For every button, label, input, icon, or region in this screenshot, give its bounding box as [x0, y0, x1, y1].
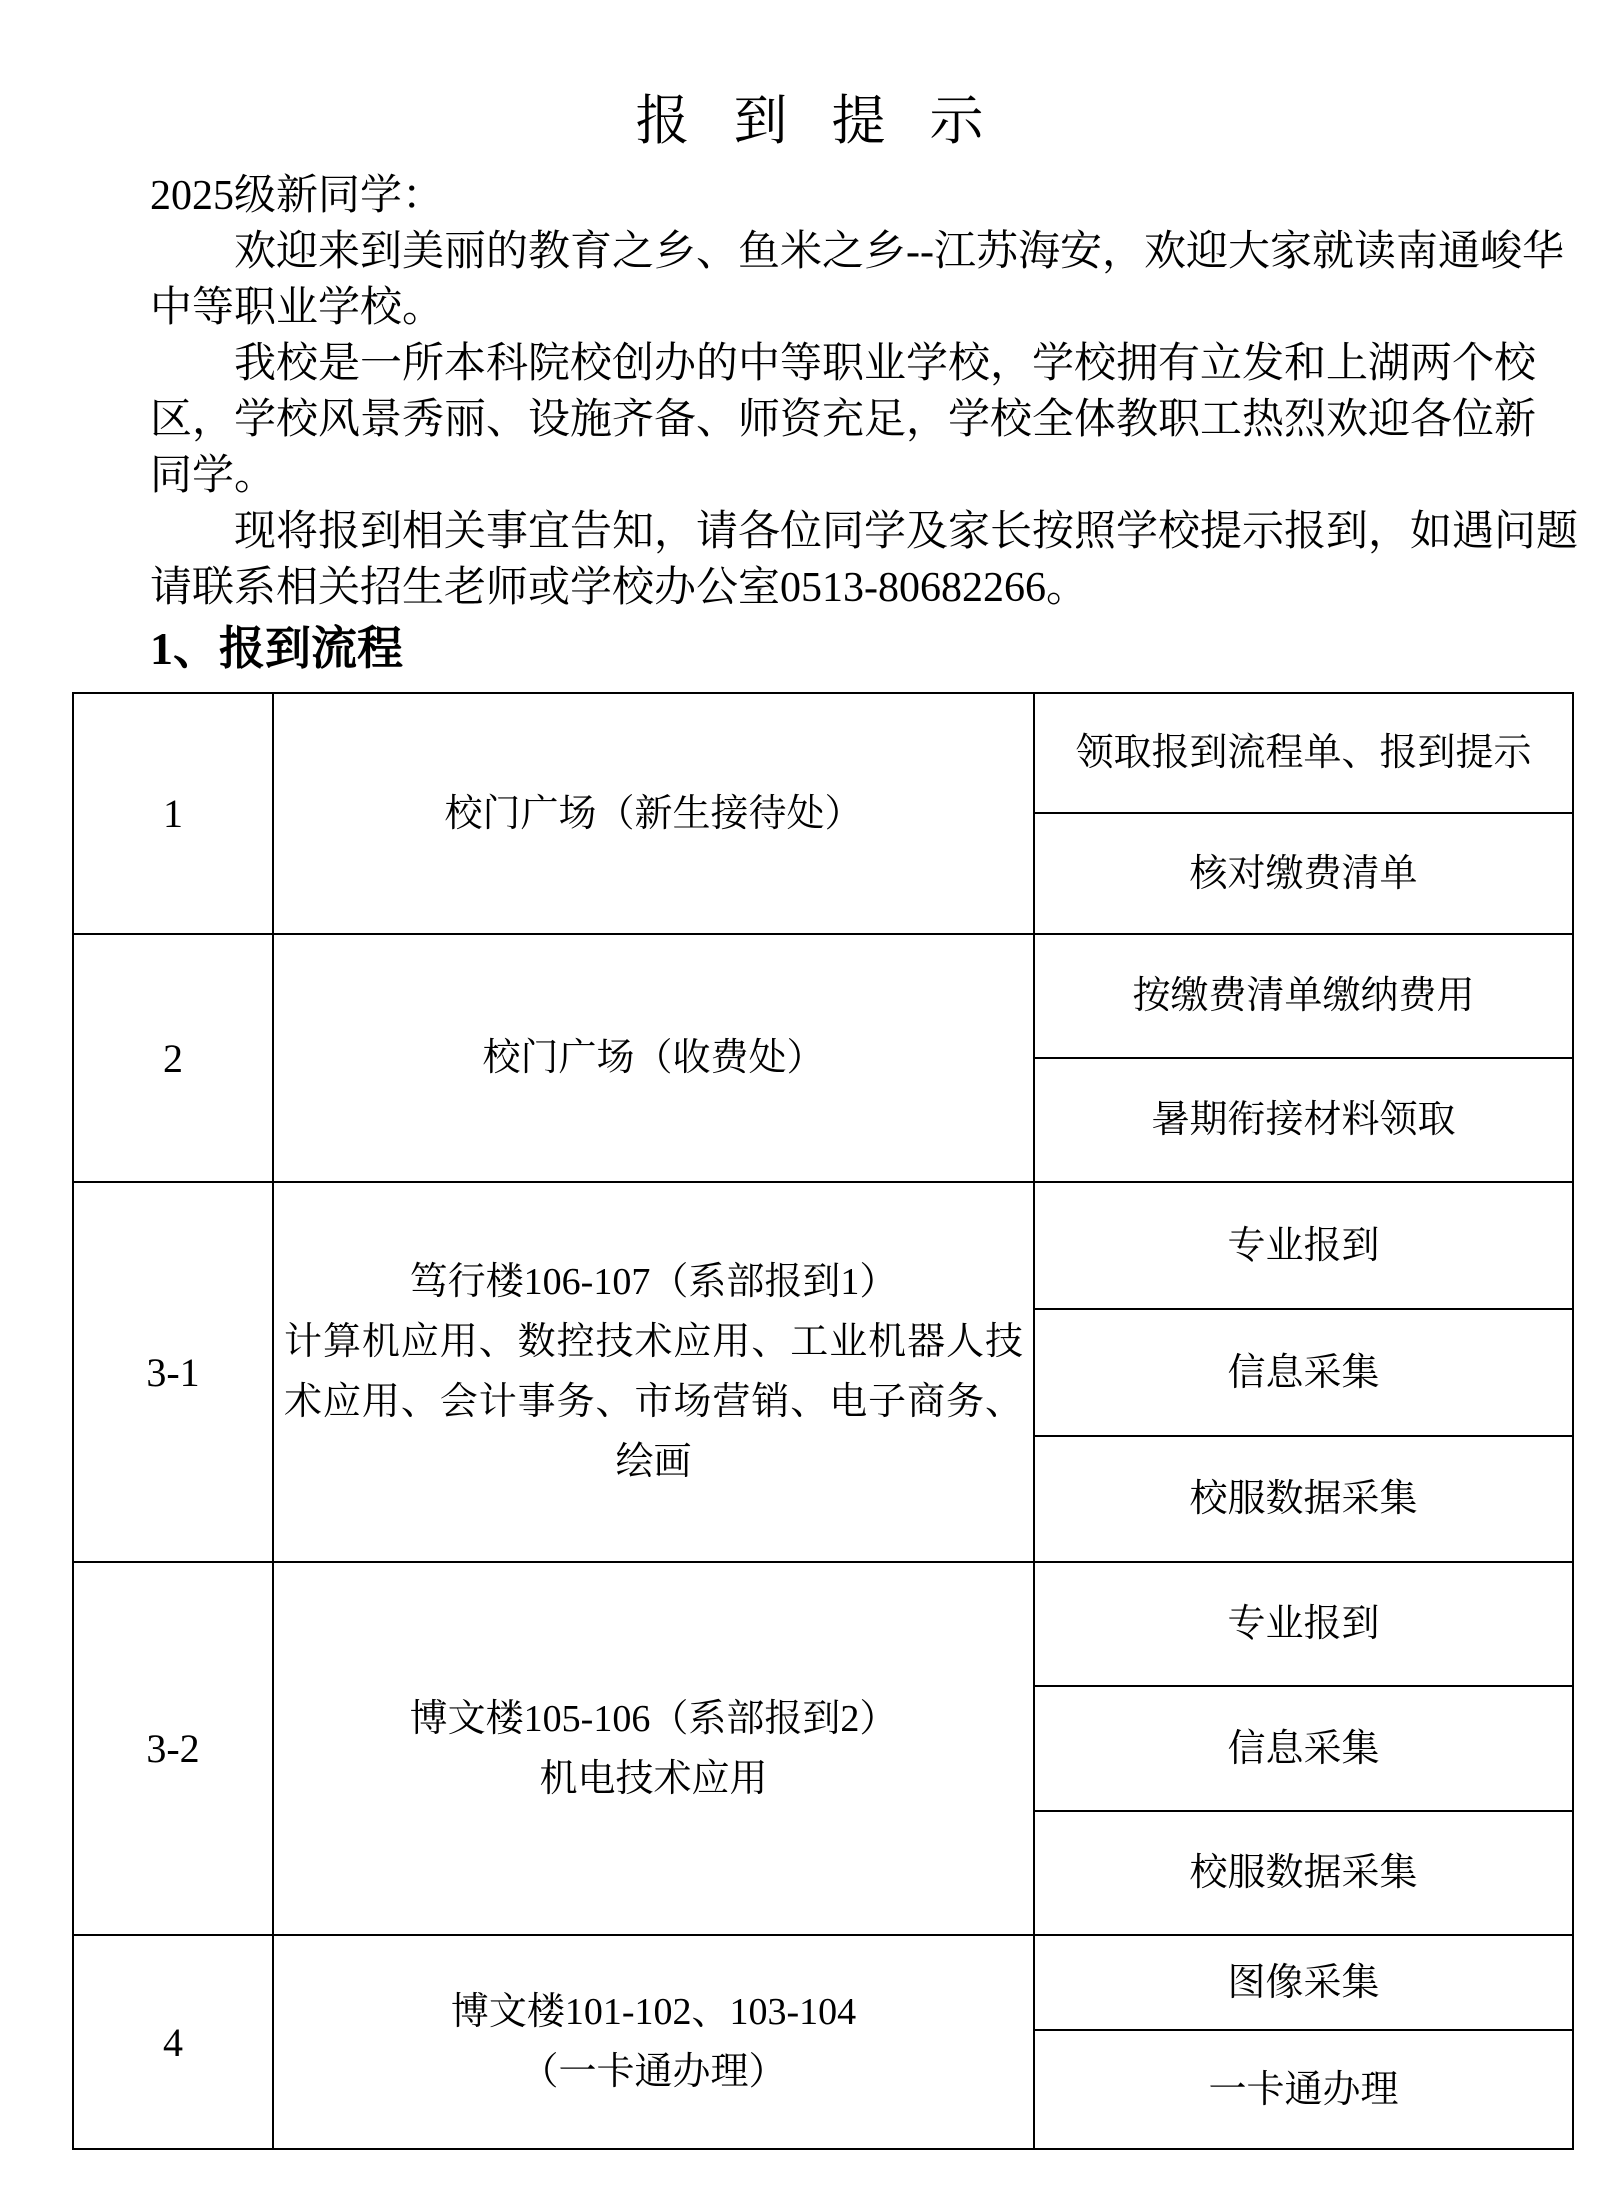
step-cell: 3-1 [73, 1182, 273, 1562]
task-cell: 专业报到 [1034, 1562, 1573, 1686]
location-line: 博文楼105-106（系部报到2） [284, 1689, 1023, 1749]
task-cell: 暑期衔接材料领取 [1034, 1058, 1573, 1182]
step-cell: 4 [73, 1935, 273, 2149]
section-heading: 1、报到流程 [150, 622, 1579, 676]
table-row: 2 校门广场（收费处） 按缴费清单缴纳费用 [73, 934, 1573, 1058]
step-cell: 2 [73, 934, 273, 1182]
document-page: 报到提示 2025级新同学： 欢迎来到美丽的教育之乡、鱼米之乡--江苏海安，欢迎… [0, 0, 1619, 2211]
task-cell: 领取报到流程单、报到提示 [1034, 693, 1573, 813]
salutation: 2025级新同学： [150, 168, 1579, 224]
page-title: 报到提示 [0, 0, 1619, 150]
task-cell: 核对缴费清单 [1034, 813, 1573, 934]
location-cell: 校门广场（收费处） [273, 934, 1034, 1182]
task-cell: 校服数据采集 [1034, 1811, 1573, 1935]
step-cell: 3-2 [73, 1562, 273, 1935]
task-cell: 专业报到 [1034, 1182, 1573, 1309]
task-cell: 校服数据采集 [1034, 1436, 1573, 1562]
body-text: 2025级新同学： 欢迎来到美丽的教育之乡、鱼米之乡--江苏海安，欢迎大家就读南… [150, 168, 1579, 676]
table-row: 4 博文楼101-102、103-104 （一卡通办理） 图像采集 [73, 1935, 1573, 2030]
table-row: 3-1 笃行楼106-107（系部报到1） 计算机应用、数控技术应用、工业机器人… [73, 1182, 1573, 1309]
task-cell: 信息采集 [1034, 1309, 1573, 1436]
location-cell: 笃行楼106-107（系部报到1） 计算机应用、数控技术应用、工业机器人技术应用… [273, 1182, 1034, 1562]
task-cell: 信息采集 [1034, 1686, 1573, 1811]
paragraph-welcome: 欢迎来到美丽的教育之乡、鱼米之乡--江苏海安，欢迎大家就读南通峻华 中等职业学校… [150, 224, 1579, 336]
location-line: 计算机应用、数控技术应用、工业机器人技术应用、会计事务、市场营销、电子商务、绘画 [284, 1312, 1023, 1492]
registration-process-table: 1 校门广场（新生接待处） 领取报到流程单、报到提示 核对缴费清单 2 校门广场… [72, 692, 1574, 2150]
location-line: 校门广场（收费处） [284, 1028, 1023, 1088]
table-row: 3-2 博文楼105-106（系部报到2） 机电技术应用 专业报到 [73, 1562, 1573, 1686]
location-line: 校门广场（新生接待处） [284, 784, 1023, 844]
location-line: 机电技术应用 [284, 1749, 1023, 1809]
paragraph-notice: 现将报到相关事宜告知，请各位同学及家长按照学校提示报到，如遇问题 请联系相关招生… [150, 504, 1579, 616]
location-cell: 博文楼101-102、103-104 （一卡通办理） [273, 1935, 1034, 2149]
location-line: 博文楼101-102、103-104 [284, 1982, 1023, 2042]
task-cell: 按缴费清单缴纳费用 [1034, 934, 1573, 1058]
task-cell: 图像采集 [1034, 1935, 1573, 2030]
location-line: 笃行楼106-107（系部报到1） [284, 1252, 1023, 1312]
location-line: （一卡通办理） [284, 2042, 1023, 2102]
step-cell: 1 [73, 693, 273, 934]
table-row: 1 校门广场（新生接待处） 领取报到流程单、报到提示 [73, 693, 1573, 813]
location-cell: 校门广场（新生接待处） [273, 693, 1034, 934]
location-cell: 博文楼105-106（系部报到2） 机电技术应用 [273, 1562, 1034, 1935]
task-cell: 一卡通办理 [1034, 2030, 1573, 2149]
paragraph-school-intro: 我校是一所本科院校创办的中等职业学校，学校拥有立发和上湖两个校 区，学校风景秀丽… [150, 336, 1579, 504]
